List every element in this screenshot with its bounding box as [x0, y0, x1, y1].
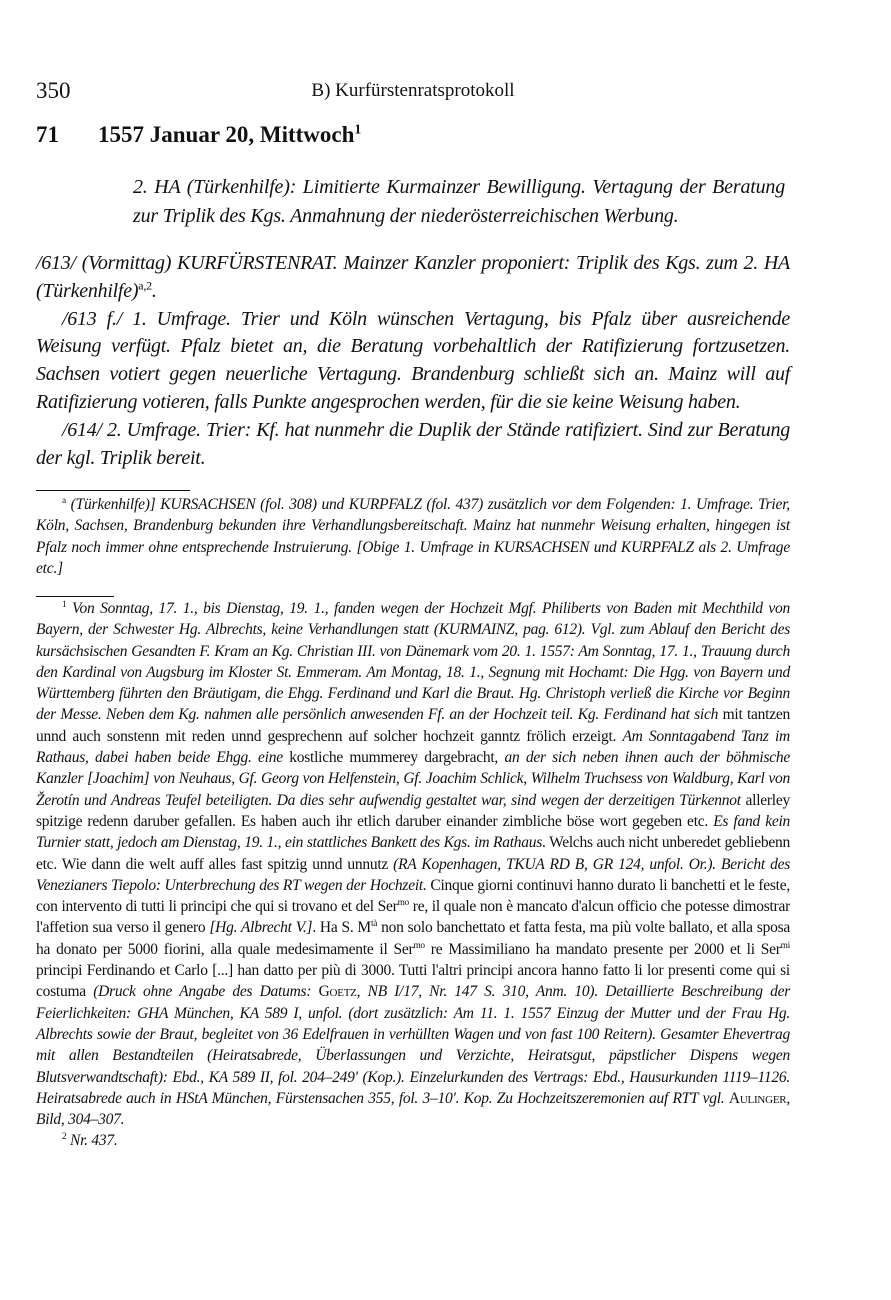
running-head: 350 B) Kurfürstenratsprotokoll: [36, 78, 790, 106]
document-date: 1557 Januar 20, Mittwoch: [98, 122, 354, 147]
footnote-ref: 1: [354, 121, 361, 136]
paragraph: /613/ (Vormittag) KURFÜRSTENRAT. Mainzer…: [36, 250, 790, 306]
footnote-1: 1 Von Sonntag, 17. 1., bis Dienstag, 19.…: [36, 598, 790, 1130]
footnote-ref: a,2: [138, 278, 152, 292]
text-apparatus: a (Türkenhilfe)] KURSACHSEN (fol. 308) u…: [36, 494, 790, 580]
protocol-body: /613/ (Vormittag) KURFÜRSTENRAT. Mainzer…: [36, 250, 790, 472]
apparatus-marker: a: [62, 496, 66, 506]
paragraph: /614/ 2. Umfrage. Trier: Kf. hat nunmehr…: [36, 417, 790, 473]
footnote-divider: [36, 596, 114, 597]
apparatus-divider: [36, 490, 190, 491]
document-heading: 711557 Januar 20, Mittwoch1: [36, 122, 361, 148]
footnote-marker: 1: [62, 600, 66, 610]
regest: 2. HA (Türkenhilfe): Limitierte Kurmainz…: [133, 173, 785, 231]
footnote-marker: 2: [62, 1132, 66, 1142]
footnote-2: 2 Nr. 437.: [36, 1130, 790, 1151]
footnotes: 1 Von Sonntag, 17. 1., bis Dienstag, 19.…: [36, 598, 790, 1152]
document-number: 71: [36, 122, 98, 148]
apparatus-note-a: a (Türkenhilfe)] KURSACHSEN (fol. 308) u…: [36, 494, 790, 580]
running-title: B) Kurfürstenratsprotokoll: [36, 80, 790, 102]
paragraph: /613 f./ 1. Umfrage. Trier und Köln wüns…: [36, 306, 790, 417]
